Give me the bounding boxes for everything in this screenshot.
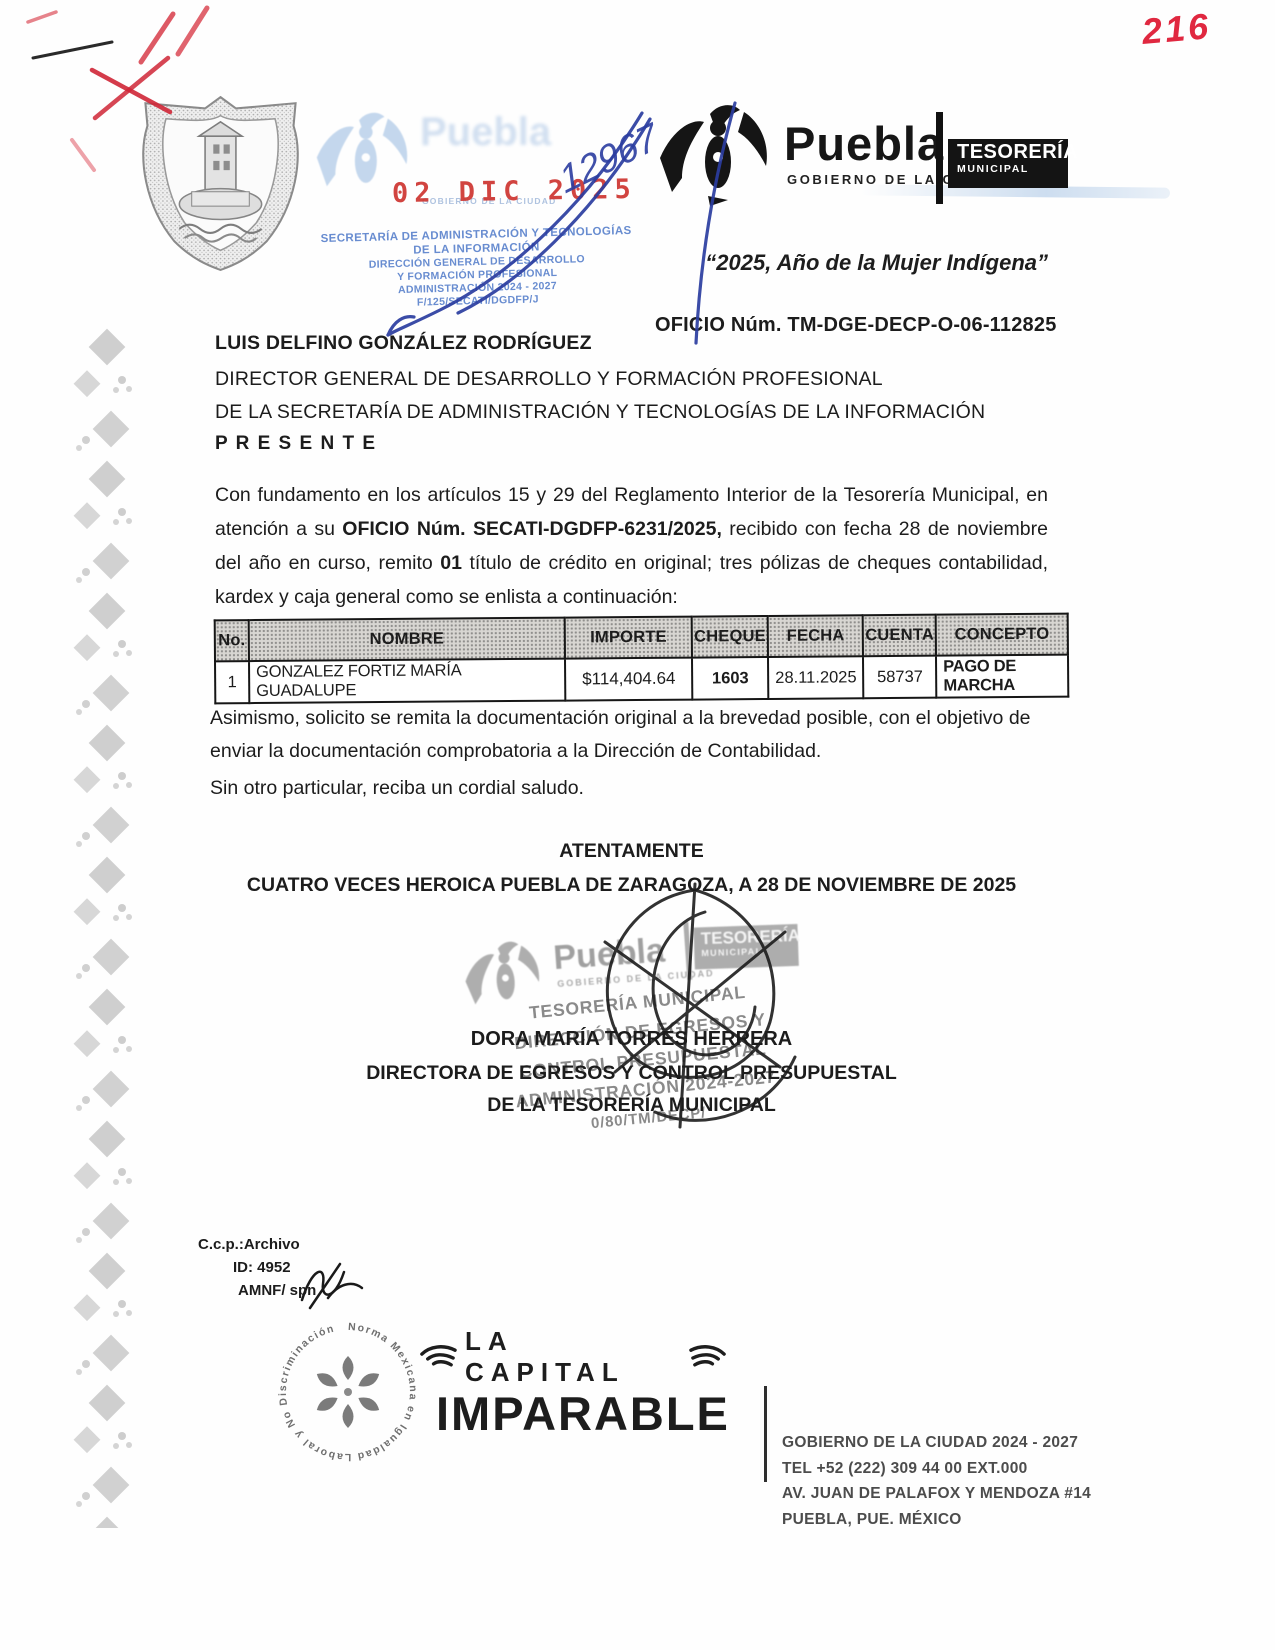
wing-left-icon bbox=[418, 1342, 457, 1372]
oficio-number: OFICIO Núm. TM-DGE-DECP-O-06-112825 bbox=[655, 314, 1057, 337]
table-header-row: No. NOMBRE IMPORTE CHEQUE FECHA CUENTA C… bbox=[215, 614, 1068, 662]
red-pen-marks-icon bbox=[0, 0, 340, 210]
initials: AMNF/ spn bbox=[238, 1282, 316, 1299]
city-shield-emblem-icon bbox=[133, 93, 308, 273]
equality-norm-seal-icon: Norma Mexicana en Igualdad Laboral y No … bbox=[262, 1306, 434, 1478]
footer-divider bbox=[764, 1386, 767, 1482]
col-header-cuenta: CUENTA bbox=[863, 615, 936, 657]
recipient-role-2: DE LA SECRETARÍA DE ADMINISTRACIÓN Y TEC… bbox=[215, 401, 985, 424]
recipient-name: LUIS DELFINO GONZÁLEZ RODRÍGUEZ bbox=[215, 332, 592, 355]
cell-cheque: 1603 bbox=[692, 657, 768, 700]
brand-wordmark: Puebla bbox=[784, 116, 944, 171]
badge-subtitle: MUNICIPAL bbox=[957, 163, 1068, 175]
ghost-badge-title: TESORERÍA bbox=[701, 926, 799, 948]
p1-oficio-ref: OFICIO Núm. SECATI-DGDFP-6231/2025, bbox=[342, 518, 722, 540]
puebla-brush-logo-icon bbox=[652, 100, 782, 210]
cell-no: 1 bbox=[215, 661, 249, 703]
signer-role-2: DE LA TESORERÍA MUNICIPAL bbox=[215, 1094, 1048, 1117]
signer-name: DORA MARÍA TORRES HERRERA bbox=[215, 1028, 1048, 1051]
col-header-cheque: CHEQUE bbox=[692, 616, 768, 658]
address-line: PUEBLA, PUE. MÉXICO bbox=[782, 1507, 1091, 1533]
address-line: TEL +52 (222) 309 44 00 EXT.000 bbox=[782, 1456, 1091, 1482]
campaign-top-text: LA CAPITAL bbox=[465, 1326, 681, 1388]
badge-title: TESORERÍA bbox=[957, 141, 1068, 163]
svg-text:Norma Mexicana en Igualdad Lab: Norma Mexicana en Igualdad Laboral y No … bbox=[277, 1321, 419, 1463]
ghost-brand-word: Puebla bbox=[420, 110, 551, 155]
recipient-role-1: DIRECTOR GENERAL DE DESARROLLO Y FORMACI… bbox=[215, 368, 883, 391]
handwritten-page-number: 216 bbox=[1140, 5, 1212, 53]
cell-importe: $ 114,404.64 bbox=[565, 658, 693, 701]
secati-received-stamp: SECRETARÍA DE ADMINISTRACIÓN Y TECNOLOGÍ… bbox=[291, 223, 663, 313]
ghost-tesoreria-badge: TESORERÍA MUNICIPAL bbox=[693, 924, 798, 970]
footer-address: GOBIERNO DE LA CIUDAD 2024 - 2027 TEL +5… bbox=[782, 1430, 1091, 1532]
signer-role-1: DIRECTORA DE EGRESOS Y CONTROL PRESUPUES… bbox=[215, 1062, 1048, 1085]
year-motto: “2025, Año de la Mujer Indígena” bbox=[638, 250, 1048, 276]
body-paragraph-2: Asimismo, solicito se remita la document… bbox=[210, 702, 1053, 768]
ccp-line: C.c.p.:Archivo bbox=[198, 1236, 300, 1253]
body-paragraph-3: Sin otro particular, reciba un cordial s… bbox=[210, 772, 1053, 805]
logo-divider-bar bbox=[936, 112, 943, 204]
ghost-badge-subtitle: MUNICIPAL bbox=[701, 945, 798, 958]
campaign-logo: LA CAPITAL IMPARABLE bbox=[418, 1326, 728, 1441]
col-header-nombre: NOMBRE bbox=[249, 618, 565, 661]
tesoreria-badge: TESORERÍA MUNICIPAL bbox=[948, 139, 1068, 188]
campaign-bottom-text: IMPARABLE bbox=[436, 1386, 728, 1441]
seal-caption: Norma Mexicana en Igualdad Laboral y No … bbox=[277, 1321, 419, 1463]
currency-sign: $ bbox=[582, 669, 592, 689]
amount: 114,404.64 bbox=[592, 669, 676, 690]
cell-fecha: 28.11.2025 bbox=[768, 656, 864, 699]
payments-table: No. NOMBRE IMPORTE CHEQUE FECHA CUENTA C… bbox=[214, 613, 1070, 705]
col-header-fecha: FECHA bbox=[768, 615, 864, 657]
wing-right-icon bbox=[689, 1342, 728, 1372]
cell-concepto: PAGO DE MARCHA bbox=[936, 655, 1068, 698]
col-header-importe: IMPORTE bbox=[565, 617, 693, 659]
cell-cuenta: 58737 bbox=[863, 656, 936, 699]
atentamente: ATENTAMENTE bbox=[215, 840, 1048, 863]
address-line: GOBIERNO DE LA CIUDAD 2024 - 2027 bbox=[782, 1430, 1091, 1456]
table-row: 1 GONZALEZ FORTIZ MARÍA GUADALUPE $ 114,… bbox=[215, 655, 1068, 704]
col-header-concepto: CONCEPTO bbox=[936, 614, 1068, 656]
address-line: AV. JUAN DE PALAFOX Y MENDOZA #14 bbox=[782, 1481, 1091, 1507]
p1-quantity: 01 bbox=[440, 552, 462, 574]
salutation: P R E S E N T E bbox=[215, 433, 377, 455]
document-id: ID: 4952 bbox=[233, 1259, 291, 1276]
col-header-no: No. bbox=[215, 620, 249, 661]
scanned-document-page: Puebla GOBIERNO DE LA CIUDAD 02 DIC 2025… bbox=[0, 0, 1275, 1650]
margin-diamond-pattern-icon bbox=[66, 328, 148, 1528]
body-paragraph-1: Con fundamento en los artículos 15 y 29 … bbox=[215, 478, 1048, 614]
ghost-stamp-brand: Puebla bbox=[552, 931, 666, 978]
cell-nombre: GONZALEZ FORTIZ MARÍA GUADALUPE bbox=[249, 659, 565, 703]
place-and-date: CUATRO VECES HEROICA PUEBLA DE ZARAGOZA,… bbox=[215, 874, 1048, 897]
